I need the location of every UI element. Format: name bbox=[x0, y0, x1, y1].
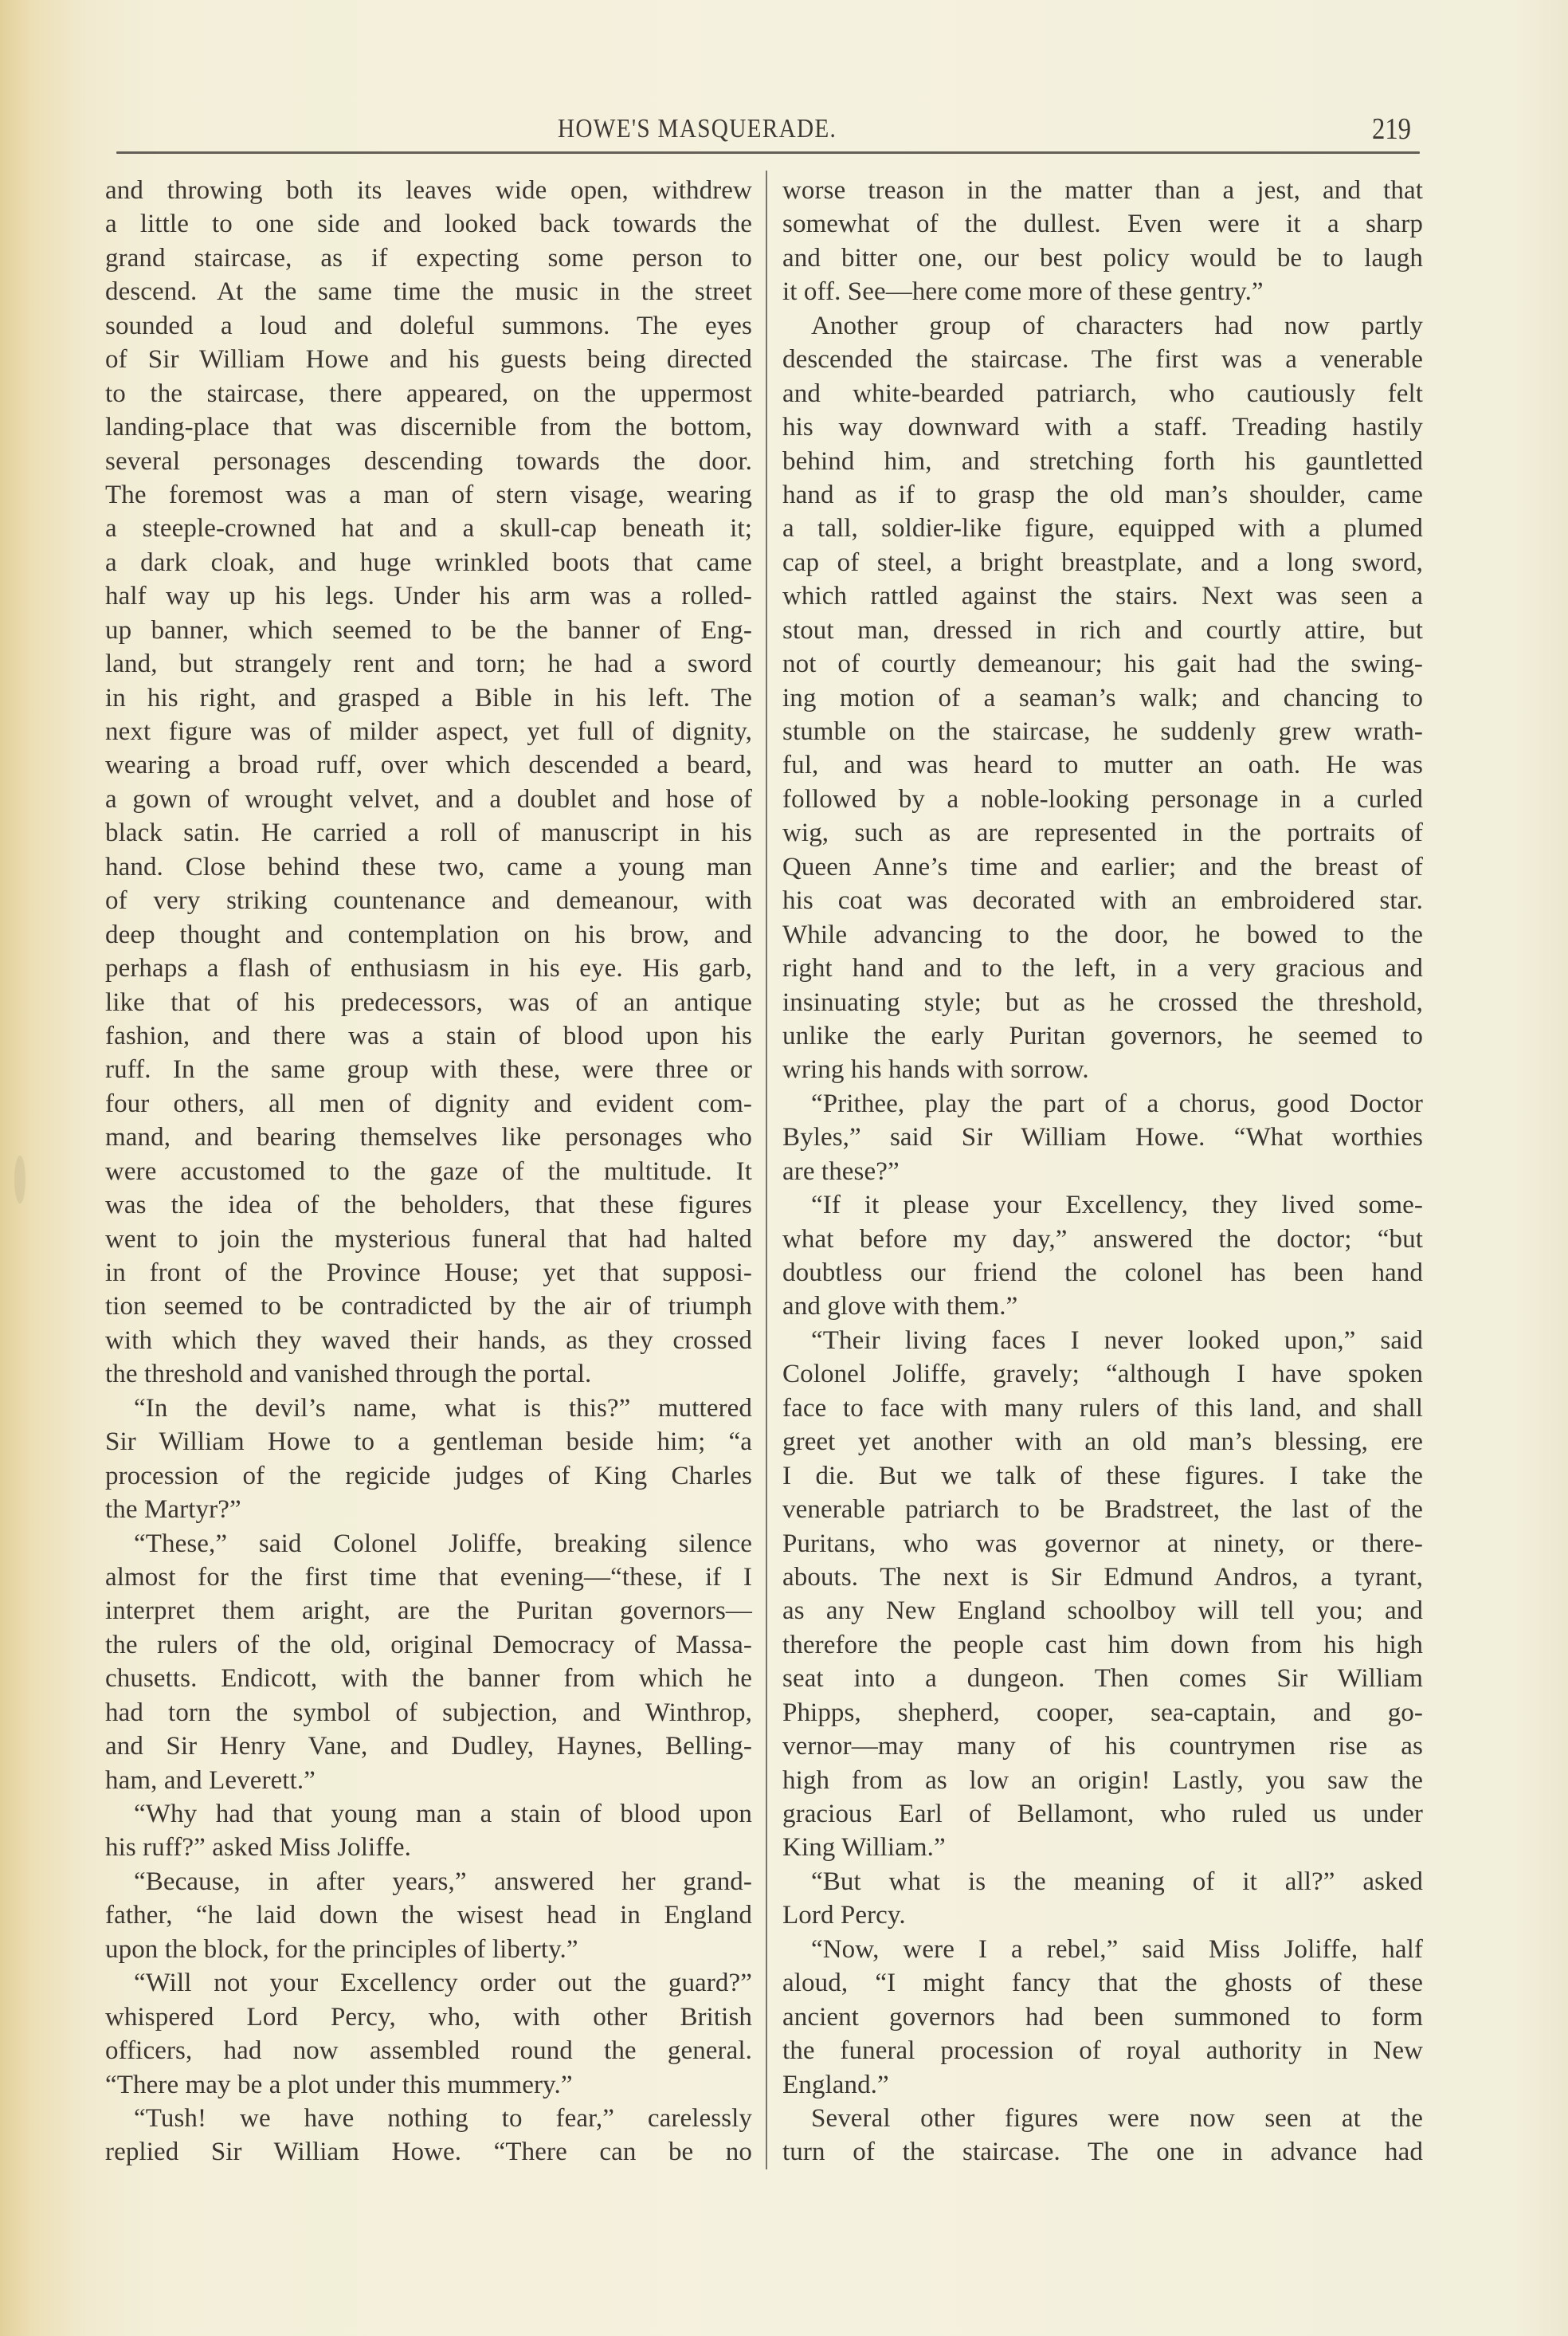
text-line: a steeple-crowned hat and a skull-cap be… bbox=[105, 512, 752, 545]
text-line: of very striking countenance and demeano… bbox=[105, 884, 752, 917]
text-line: ruff. In the same group with these, were… bbox=[105, 1053, 752, 1086]
text-line: his coat was decorated with an embroider… bbox=[782, 884, 1423, 917]
text-line: and throwing both its leaves wide open, … bbox=[105, 174, 752, 207]
text-line: stout man, dressed in rich and courtly a… bbox=[782, 614, 1423, 647]
text-line: aloud, “I might fancy that the ghosts of… bbox=[782, 1966, 1423, 2000]
text-line: his ruff?” asked Miss Joliffe. bbox=[105, 1831, 752, 1864]
text-line: grand staircase, as if expecting some pe… bbox=[105, 241, 752, 275]
text-line: abouts. The next is Sir Edmund Andros, a… bbox=[782, 1561, 1423, 1594]
text-line: unlike the early Puritan governors, he s… bbox=[782, 1019, 1423, 1053]
text-line: followed by a noble-looking personage in… bbox=[782, 783, 1423, 816]
text-line: what before my day,” answered the doctor… bbox=[782, 1223, 1423, 1256]
text-line: “But what is the meaning of it all?” ask… bbox=[782, 1865, 1423, 1898]
text-line: the Martyr?” bbox=[105, 1493, 752, 1526]
text-line: half way up his legs. Under his arm was … bbox=[105, 579, 752, 613]
text-line: “Because, in after years,” answered her … bbox=[105, 1865, 752, 1898]
text-line: the threshold and vanished through the p… bbox=[105, 1357, 752, 1391]
text-line: as any New England schoolboy will tell y… bbox=[782, 1594, 1423, 1627]
text-line: hand. Close behind these two, came a you… bbox=[105, 850, 752, 884]
text-line: which rattled against the stairs. Next w… bbox=[782, 579, 1423, 613]
text-line: the rulers of the old, original Democrac… bbox=[105, 1628, 752, 1662]
column-divider bbox=[766, 171, 767, 2169]
text-line: in front of the Province House; yet that… bbox=[105, 1256, 752, 1290]
text-line: replied Sir William Howe. “There can be … bbox=[105, 2135, 752, 2169]
text-line: officers, had now assembled round the ge… bbox=[105, 2034, 752, 2067]
text-line: a dark cloak, and huge wrinkled boots th… bbox=[105, 546, 752, 579]
text-line: with which they waved their hands, as th… bbox=[105, 1324, 752, 1357]
text-line: wearing a broad ruff, over which descend… bbox=[105, 748, 752, 782]
text-line: I die. But we talk of these figures. I t… bbox=[782, 1459, 1423, 1493]
text-line: “Why had that young man a stain of blood… bbox=[105, 1797, 752, 1831]
text-line: and white-bearded patriarch, who cautiou… bbox=[782, 377, 1423, 410]
text-line: descend. At the same time the music in t… bbox=[105, 275, 752, 308]
text-line: ancient governors had been summoned to f… bbox=[782, 2000, 1423, 2034]
text-line: wring his hands with sorrow. bbox=[782, 1053, 1423, 1086]
text-line: gracious Earl of Bellamont, who ruled us… bbox=[782, 1797, 1423, 1831]
text-line: fashion, and there was a stain of blood … bbox=[105, 1019, 752, 1053]
text-line: up banner, which seemed to be the banner… bbox=[105, 614, 752, 647]
text-line: father, “he laid down the wisest head in… bbox=[105, 1898, 752, 1932]
text-line: vernor—may many of his countrymen rise a… bbox=[782, 1729, 1423, 1763]
text-line: “Their living faces I never looked upon,… bbox=[782, 1324, 1423, 1357]
text-line: upon the block, for the principles of li… bbox=[105, 1933, 752, 1966]
text-line: chusetts. Endicott, with the banner from… bbox=[105, 1662, 752, 1695]
text-column-right: worse treason in the matter than a jest,… bbox=[782, 174, 1423, 2169]
text-line: like that of his predecessors, was of an… bbox=[105, 986, 752, 1019]
page-number: 219 bbox=[1372, 112, 1411, 147]
text-line: four others, all men of dignity and evid… bbox=[105, 1087, 752, 1121]
text-line: behind him, and stretching forth his gau… bbox=[782, 445, 1423, 478]
text-line: of Sir William Howe and his guests being… bbox=[105, 343, 752, 376]
text-line: almost for the first time that evening—“… bbox=[105, 1561, 752, 1594]
text-line: Colonel Joliffe, gravely; “although I ha… bbox=[782, 1357, 1423, 1391]
text-line: Puritans, who was governor at ninety, or… bbox=[782, 1527, 1423, 1561]
text-line: Another group of characters had now part… bbox=[782, 309, 1423, 343]
text-line: Lord Percy. bbox=[782, 1898, 1423, 1932]
text-line: wig, such as are represented in the port… bbox=[782, 816, 1423, 850]
text-line: descended the staircase. The first was a… bbox=[782, 343, 1423, 376]
text-line: ing motion of a seaman’s walk; and chanc… bbox=[782, 681, 1423, 715]
text-line: “Now, were I a rebel,” said Miss Joliffe… bbox=[782, 1933, 1423, 1966]
text-line: deep thought and contemplation on his br… bbox=[105, 918, 752, 952]
text-line: had torn the symbol of subjection, and W… bbox=[105, 1696, 752, 1729]
text-line: “Will not your Excellency order out the … bbox=[105, 1966, 752, 2000]
text-line: land, but strangely rent and torn; he ha… bbox=[105, 647, 752, 681]
text-line: whispered Lord Percy, who, with other Br… bbox=[105, 2000, 752, 2034]
text-line: a gown of wrought velvet, and a doublet … bbox=[105, 783, 752, 816]
text-line: to the staircase, there appeared, on the… bbox=[105, 377, 752, 410]
text-line: perhaps a flash of enthusiasm in his eye… bbox=[105, 952, 752, 985]
text-line: not of courtly demeanour; his gait had t… bbox=[782, 647, 1423, 681]
text-line: “If it please your Excellency, they live… bbox=[782, 1188, 1423, 1222]
text-line: somewhat of the dullest. Even were it a … bbox=[782, 207, 1423, 241]
text-line: in his right, and grasped a Bible in his… bbox=[105, 681, 752, 715]
text-line: were accustomed to the gaze of the multi… bbox=[105, 1155, 752, 1188]
text-line: King William.” bbox=[782, 1831, 1423, 1864]
text-line: turn of the staircase. The one in advanc… bbox=[782, 2135, 1423, 2169]
text-line: ham, and Leverett.” bbox=[105, 1764, 752, 1797]
text-line: While advancing to the door, he bowed to… bbox=[782, 918, 1423, 952]
text-line: next figure was of milder aspect, yet fu… bbox=[105, 715, 752, 748]
text-line: right hand and to the left, in a very gr… bbox=[782, 952, 1423, 985]
text-column-left: and throwing both its leaves wide open, … bbox=[105, 174, 752, 2169]
text-line: stumble on the staircase, he suddenly gr… bbox=[782, 715, 1423, 748]
text-line: England.” bbox=[782, 2068, 1423, 2102]
text-line: interpret them aright, are the Puritan g… bbox=[105, 1594, 752, 1627]
text-line: therefore the people cast him down from … bbox=[782, 1628, 1423, 1662]
text-line: seat into a dungeon. Then comes Sir Will… bbox=[782, 1662, 1423, 1695]
text-line: was the idea of the beholders, that thes… bbox=[105, 1188, 752, 1222]
text-line: Several other figures were now seen at t… bbox=[782, 2102, 1423, 2135]
text-line: and bitter one, our best policy would be… bbox=[782, 241, 1423, 275]
text-line: The foremost was a man of stern visage, … bbox=[105, 478, 752, 512]
text-line: Byles,” said Sir William Howe. “What wor… bbox=[782, 1121, 1423, 1154]
text-line: “These,” said Colonel Joliffe, breaking … bbox=[105, 1527, 752, 1561]
text-line: face to face with many rulers of this la… bbox=[782, 1392, 1423, 1425]
text-line: doubtless our friend the colonel has bee… bbox=[782, 1256, 1423, 1290]
text-line: and Sir Henry Vane, and Dudley, Haynes, … bbox=[105, 1729, 752, 1763]
text-line: Sir William Howe to a gentleman beside h… bbox=[105, 1425, 752, 1459]
text-line: sounded a loud and doleful summons. The … bbox=[105, 309, 752, 343]
text-line: insinuating style; but as he crossed the… bbox=[782, 986, 1423, 1019]
text-line: “There may be a plot under this mummery.… bbox=[105, 2068, 752, 2102]
text-line: procession of the regicide judges of Kin… bbox=[105, 1459, 752, 1493]
text-line: Queen Anne’s time and earlier; and the b… bbox=[782, 850, 1423, 884]
text-line: “Tush! we have nothing to fear,” careles… bbox=[105, 2102, 752, 2135]
text-line: “In the devil’s name, what is this?” mut… bbox=[105, 1392, 752, 1425]
running-title: HOWE'S MASQUERADE. bbox=[558, 114, 837, 144]
book-page: HOWE'S MASQUERADE. 219 and throwing both… bbox=[0, 0, 1568, 2336]
text-line: the funeral procession of royal authorit… bbox=[782, 2034, 1423, 2067]
text-line: hand as if to grasp the old man’s should… bbox=[782, 478, 1423, 512]
text-line: venerable patriarch to be Bradstreet, th… bbox=[782, 1493, 1423, 1526]
text-line: it off. See—here come more of these gent… bbox=[782, 275, 1423, 308]
text-line: landing-place that was discernible from … bbox=[105, 410, 752, 444]
text-line: his way downward with a staff. Treading … bbox=[782, 410, 1423, 444]
header-rule bbox=[116, 151, 1420, 154]
text-line: a little to one side and looked back tow… bbox=[105, 207, 752, 241]
text-line: high from as low an origin! Lastly, you … bbox=[782, 1764, 1423, 1797]
paper-blemish bbox=[14, 1156, 25, 1203]
text-line: a tall, soldier-like figure, equipped wi… bbox=[782, 512, 1423, 545]
text-line: greet yet another with an old man’s bles… bbox=[782, 1425, 1423, 1459]
text-line: Phipps, shepherd, cooper, sea-captain, a… bbox=[782, 1696, 1423, 1729]
text-line: several personages descending towards th… bbox=[105, 445, 752, 478]
text-line: black satin. He carried a roll of manusc… bbox=[105, 816, 752, 850]
text-line: worse treason in the matter than a jest,… bbox=[782, 174, 1423, 207]
text-line: tion seemed to be contradicted by the ai… bbox=[105, 1290, 752, 1323]
text-line: went to join the mysterious funeral that… bbox=[105, 1223, 752, 1256]
text-line: are these?” bbox=[782, 1155, 1423, 1188]
text-line: “Prithee, play the part of a chorus, goo… bbox=[782, 1087, 1423, 1121]
text-line: and glove with them.” bbox=[782, 1290, 1423, 1323]
text-line: ful, and was heard to mutter an oath. He… bbox=[782, 748, 1423, 782]
text-line: cap of steel, a bright breastplate, and … bbox=[782, 546, 1423, 579]
text-line: mand, and bearing themselves like person… bbox=[105, 1121, 752, 1154]
